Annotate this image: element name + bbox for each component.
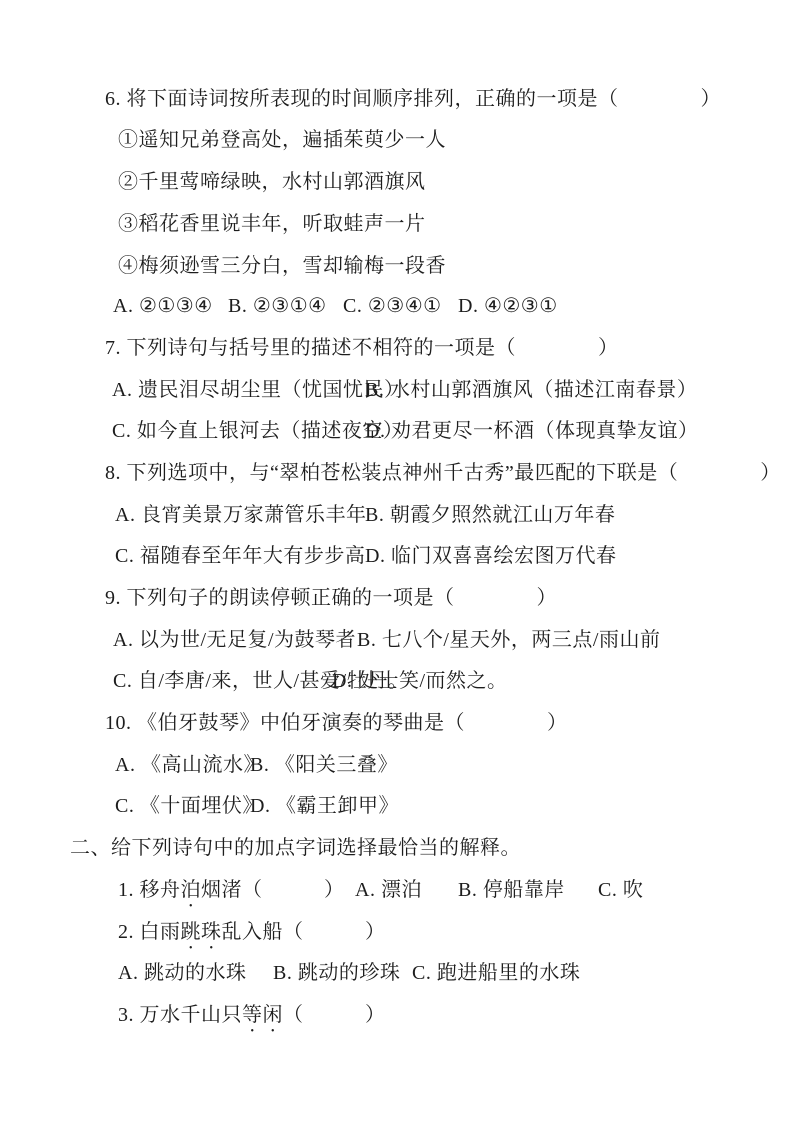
q7-option-a: A. 遗民泪尽胡尘里（忧国忧民） xyxy=(112,379,404,402)
q8-title: 8. 下列选项中，与“翠柏苍松装点神州千古秀”最匹配的下联是（ ） xyxy=(105,462,781,485)
q9-option-d: D. 处士笑/而然之。 xyxy=(332,670,508,693)
q9-title: 9. 下列句子的朗读停顿正确的一项是（ ） xyxy=(105,587,557,610)
s2-item-2-dotted-word: 跳珠 xyxy=(181,921,222,943)
s2-item-1-stem-after: 烟渚（ ） xyxy=(201,879,345,901)
q7-option-c: C. 如今直上银河去（描述夜空） xyxy=(112,420,403,443)
q10-option-a: A. 《高山流水》 xyxy=(115,754,264,777)
q8-option-b: B. 朝霞夕照然就江山万年春 xyxy=(365,504,615,527)
q6-stanza-4: ④梅须逊雪三分白，雪却输梅一段香 xyxy=(118,255,446,278)
q6-option-d: D. ④②③① xyxy=(458,295,558,318)
q8-option-a: A. 良宵美景万家萧管乐丰年 xyxy=(115,504,366,527)
s2-item-2-stem: 2. 白雨跳珠乱入船（ ） xyxy=(118,921,386,954)
q9-option-a: A. 以为世/无足复/为鼓琴者 xyxy=(113,629,356,652)
s2-item-2-option-a: A. 跳动的水珠 xyxy=(118,962,246,985)
s2-item-1-option-c: C. 吹 xyxy=(598,879,643,902)
q9-option-b: B. 七八个/星天外，两三点/雨山前 xyxy=(357,629,660,652)
s2-item-1-dotted-word: 泊 xyxy=(181,879,202,901)
q7-option-b: B. 水村山郭酒旗风（描述江南春景） xyxy=(365,379,697,402)
q8-option-d: D. 临门双喜喜绘宏图万代春 xyxy=(365,545,616,568)
s2-item-1-stem-before: 1. 移舟 xyxy=(118,879,181,901)
q8-option-c: C. 福随春至年年大有步步高 xyxy=(115,545,365,568)
s2-item-3-stem-before: 3. 万水千山只 xyxy=(118,1004,242,1026)
s2-item-3-stem-after: （ ） xyxy=(283,1004,386,1026)
q6-option-c: C. ②③④① xyxy=(343,295,442,318)
s2-item-3-dotted-word: 等闲 xyxy=(242,1004,283,1026)
s2-item-2-stem-after: 乱入船（ ） xyxy=(222,921,386,943)
section-2-heading: 二、给下列诗句中的加点字词选择最恰当的解释。 xyxy=(70,837,521,860)
q6-option-a: A. ②①③④ xyxy=(113,295,213,318)
q10-title: 10. 《伯牙鼓琴》中伯牙演奏的琴曲是（ ） xyxy=(105,712,568,735)
s2-item-1-stem: 1. 移舟泊烟渚（ ） xyxy=(118,879,345,912)
q10-option-d: D. 《霸王卸甲》 xyxy=(250,795,399,818)
s2-item-1-option-b: B. 停船靠岸 xyxy=(458,879,565,902)
q6-stanza-1: ①遥知兄弟登高处，遍插茱萸少一人 xyxy=(118,129,446,152)
s2-item-1-option-a: A. 漂泊 xyxy=(355,879,422,902)
q10-option-b: B. 《阳关三叠》 xyxy=(250,754,398,777)
q7-option-d: D. 劝君更尽一杯酒（体现真挚友谊） xyxy=(365,420,698,443)
s2-item-2-option-c: C. 跑进船里的水珠 xyxy=(412,962,580,985)
exam-page: 6. 将下面诗词按所表现的时间顺序排列，正确的一项是（ ） ①遥知兄弟登高处，遍… xyxy=(0,0,793,1122)
s2-item-3-stem: 3. 万水千山只等闲（ ） xyxy=(118,1004,386,1037)
q6-stanza-3: ③稻花香里说丰年，听取蛙声一片 xyxy=(118,213,426,236)
s2-item-2-option-b: B. 跳动的珍珠 xyxy=(273,962,400,985)
q10-option-c: C. 《十面埋伏》 xyxy=(115,795,263,818)
q6-option-b: B. ②③①④ xyxy=(228,295,327,318)
q6-title: 6. 将下面诗词按所表现的时间顺序排列，正确的一项是（ ） xyxy=(105,88,721,111)
q6-stanza-2: ②千里莺啼绿映，水村山郭酒旗风 xyxy=(118,171,426,194)
q7-title: 7. 下列诗句与括号里的描述不相符的一项是（ ） xyxy=(105,337,619,360)
s2-item-2-stem-before: 2. 白雨 xyxy=(118,921,181,943)
